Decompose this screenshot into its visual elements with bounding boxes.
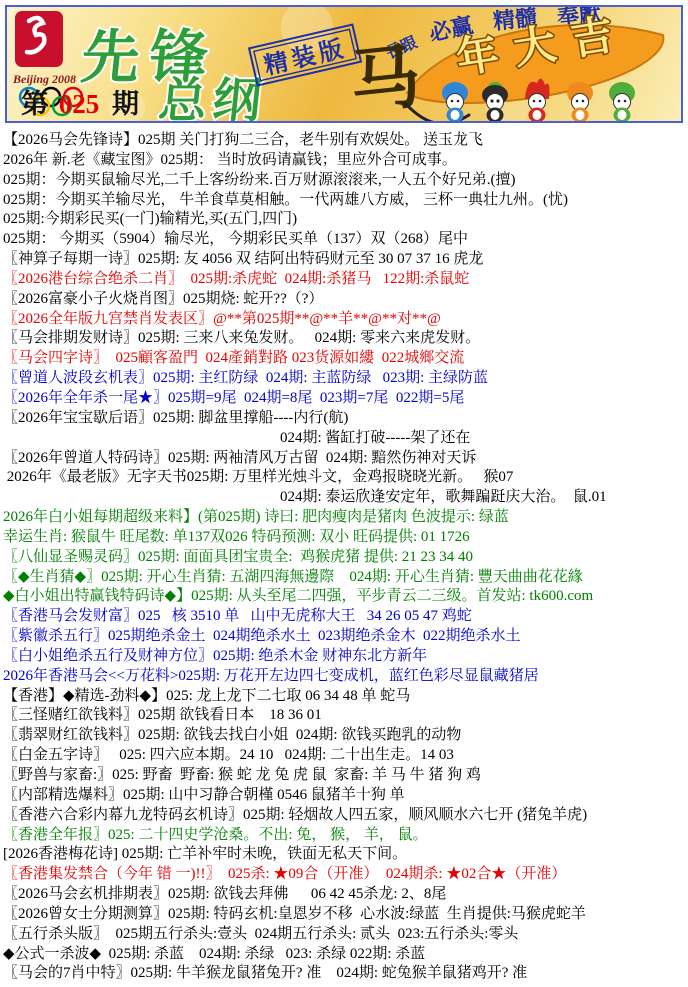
text-line: 〖八仙显圣赐灵码〗025期: 面面具团宝贵全: 鸡猴虎猪 提供: 21 23 3… [0, 548, 688, 568]
text-line: 024期: 酱缸打破-----架了还在 [0, 429, 688, 449]
text-line: 〖野兽与家畜:〗025: 野畜 野畜: 猴 蛇 龙 兔 虎 鼠 家畜: 羊 马 … [0, 766, 688, 786]
text-line: 〖2026年全年杀一尾★〗025期=9尾 024期=8尾 023期=7尾 022… [0, 389, 688, 409]
mascot-huanhuan [525, 78, 550, 121]
text-line: 【香港】◆精选-劲料◆】025: 龙上龙下二七取 06 34 48 单 蛇马 [0, 687, 688, 707]
text-line: 〖2026港台综合绝杀二肖〗 025期:杀虎蛇 024期:杀猪马 122期:杀鼠… [0, 270, 688, 290]
masthead-art: Beijing 2008 先锋 总纲 第 025 期 [7, 7, 681, 121]
mascot-nini [609, 82, 635, 121]
text-line: 〖2026全年版九宫禁肖发表区〗@**第025期**@**羊**@**对**@ [0, 310, 688, 330]
text-line: 〖曾道人波段玄机表〗025期: 主红防绿 024期: 主蓝防绿 023期: 主绿… [0, 369, 688, 389]
text-line: 〖2026马会玄机排期表〗025期: 欲钱去拜佛 06 42 45杀龙: 2、8… [0, 885, 688, 905]
tip-sheet-page: Beijing 2008 先锋 总纲 第 025 期 [0, 0, 688, 987]
text-line: 〖香港全年报〗025: 二十四史学沧桑。不出: 兔， 猴， 羊， 鼠。 [0, 826, 688, 846]
text-line: [2026香港梅花诗] 025期: 亡羊补牢时未晚，铁面无私天下间。 [0, 845, 688, 865]
text-line: 〖紫徽杀五行〗025期绝杀金土 024期绝杀水土 023期绝杀金木 022期绝杀… [0, 627, 688, 647]
text-line: 025期： 今期买（5904）输尽光， 今期彩民买单（137）双（268）尾中 [0, 230, 688, 250]
text-line: 幸运生肖: 猴鼠牛 旺尾数: 单137双026 特码预测: 双小 旺码提供: 0… [0, 528, 688, 548]
emblem-brand: Beijing 2008 [12, 72, 76, 86]
text-line: 〖五行杀头版〗 025期五行杀头:壹头 024期五行杀头: 贰头 023:五行杀… [0, 925, 688, 945]
text-line: 〖2026曾女士分期测算〗025期: 特码玄机:皇恩岁不移 心水波:绿蓝 生肖提… [0, 905, 688, 925]
issue-number: 第 025 期 [21, 89, 139, 119]
text-line: 2026年《最老版》无字天书025期: 万里样光烛斗文，金鸡报晓晓光新。 猴07 [0, 468, 688, 488]
text-line: 〖马会四字诗〗 025顧客盈門 024產銷對路 023货源如縷 022城鄉交流 [0, 349, 688, 369]
text-line: 024期: 泰运欣逢安定年，歌舞蹁跹庆大治。 鼠.01 [0, 488, 688, 508]
text-line: 〖翡翠财红欲钱料〗025期: 欲钱去找白小姐 024期: 欲钱买跑乳的动物 [0, 726, 688, 746]
text-line: 〖白小姐绝杀五行及财神方位〗025期: 绝杀木金 财神东北方新年 [0, 647, 688, 667]
text-line: 〖神算子每期一诗〗025期: 友 4056 双 结阿出特码财元至 30 07 3… [0, 250, 688, 270]
text-line: 025期:今期彩民买(一门)输精光,买(五门,四门) [0, 210, 688, 230]
text-line: 〖白金五字诗〗 025: 四六应本期。24 10 024期: 二十出生走。14 … [0, 746, 688, 766]
text-line: 〖2026年曾道人特码诗〗025期: 两袖清风万古留 024期: 黯然伤神对天诉 [0, 449, 688, 469]
text-line: 〖2026富豪小子火烧肖图〗025期烧: 蛇开??（?） [0, 290, 688, 310]
text-line: ◆公式一杀波◆ 025期: 杀蓝 024期: 杀绿 023: 杀绿 022期: … [0, 945, 688, 965]
masthead: Beijing 2008 先锋 总纲 第 025 期 [5, 5, 683, 123]
text-line: 〖马会的7肖中特〗025期: 牛羊猴龙鼠猪兔开? 准 024期: 蛇兔猴羊鼠猪鸡… [0, 964, 688, 984]
text-line: 〖三怪赌红欲钱料〗025期 欲钱看日本 18 36 01 [0, 706, 688, 726]
text-line: 〖2026年宝宝歇后语〗025期: 脚盆里撑船----内行(航) [0, 409, 688, 429]
text-line: 〖香港马会发财富〗025 核 3510 单 山中无虎称大王 34 26 05 4… [0, 607, 688, 627]
text-line: 2026年白小姐每期超级来料】(第025期) 诗曰: 肥肉瘦肉是猪肉 色波提示:… [0, 508, 688, 528]
text-line: 〖香港六合彩内幕九龙特码玄机诗〗025期: 轻烟故人四五家，顺风顺水六七开 (猪… [0, 806, 688, 826]
text-line: 〖内部精选爆料〗025期: 山中习静合朝槿 0546 鼠猪羊十狗 单 [0, 786, 688, 806]
text-line: 2026年香港马会<<万花料>025期: 万花开左边四七变成机，蓝红色彩尽显鼠藏… [0, 667, 688, 687]
content-lines: 【2026马会先锋诗】025期 关门打狗二三合，老牛别有欢娱处。 送玉龙飞202… [0, 131, 688, 984]
text-line: 【2026马会先锋诗】025期 关门打狗二三合，老牛别有欢娱处。 送玉龙飞 [0, 131, 688, 151]
text-line: 〖香港集发禁合（今年 错 一)!!〗 025杀: ★09合（开准） 024期杀:… [0, 865, 688, 885]
mascot-yingying [567, 82, 593, 121]
title-zonggang: 总纲 [156, 75, 270, 121]
text-line: 025期：今期买羊输尽光， 牛羊食草莫相触。一代两雄八方威， 三杯一典壮九州。(… [0, 191, 688, 211]
text-line: 2026年 新.老《藏宝图》025期： 当时放码请赢钱；里应外合可成事。 [0, 151, 688, 171]
text-line: 〖马会排期发财诗〗025期: 三来八来兔发财。 024期: 零来六来虎发财。 [0, 329, 688, 349]
text-line: 025期：今期买鼠输尽光,二千上客纷纷来.百万财源滚滚来,一人五个好兄弟.(擅) [0, 171, 688, 191]
text-line: ◆白小姐出特赢钱特码诗◆】025期: 从头至尾二四强，平步青云二三级。首发站: … [0, 587, 688, 607]
text-line: 〖◆生肖猜◆〗025期: 开心生肖猜: 五湖四海無邊際 024期: 开心生肖猜:… [0, 568, 688, 588]
